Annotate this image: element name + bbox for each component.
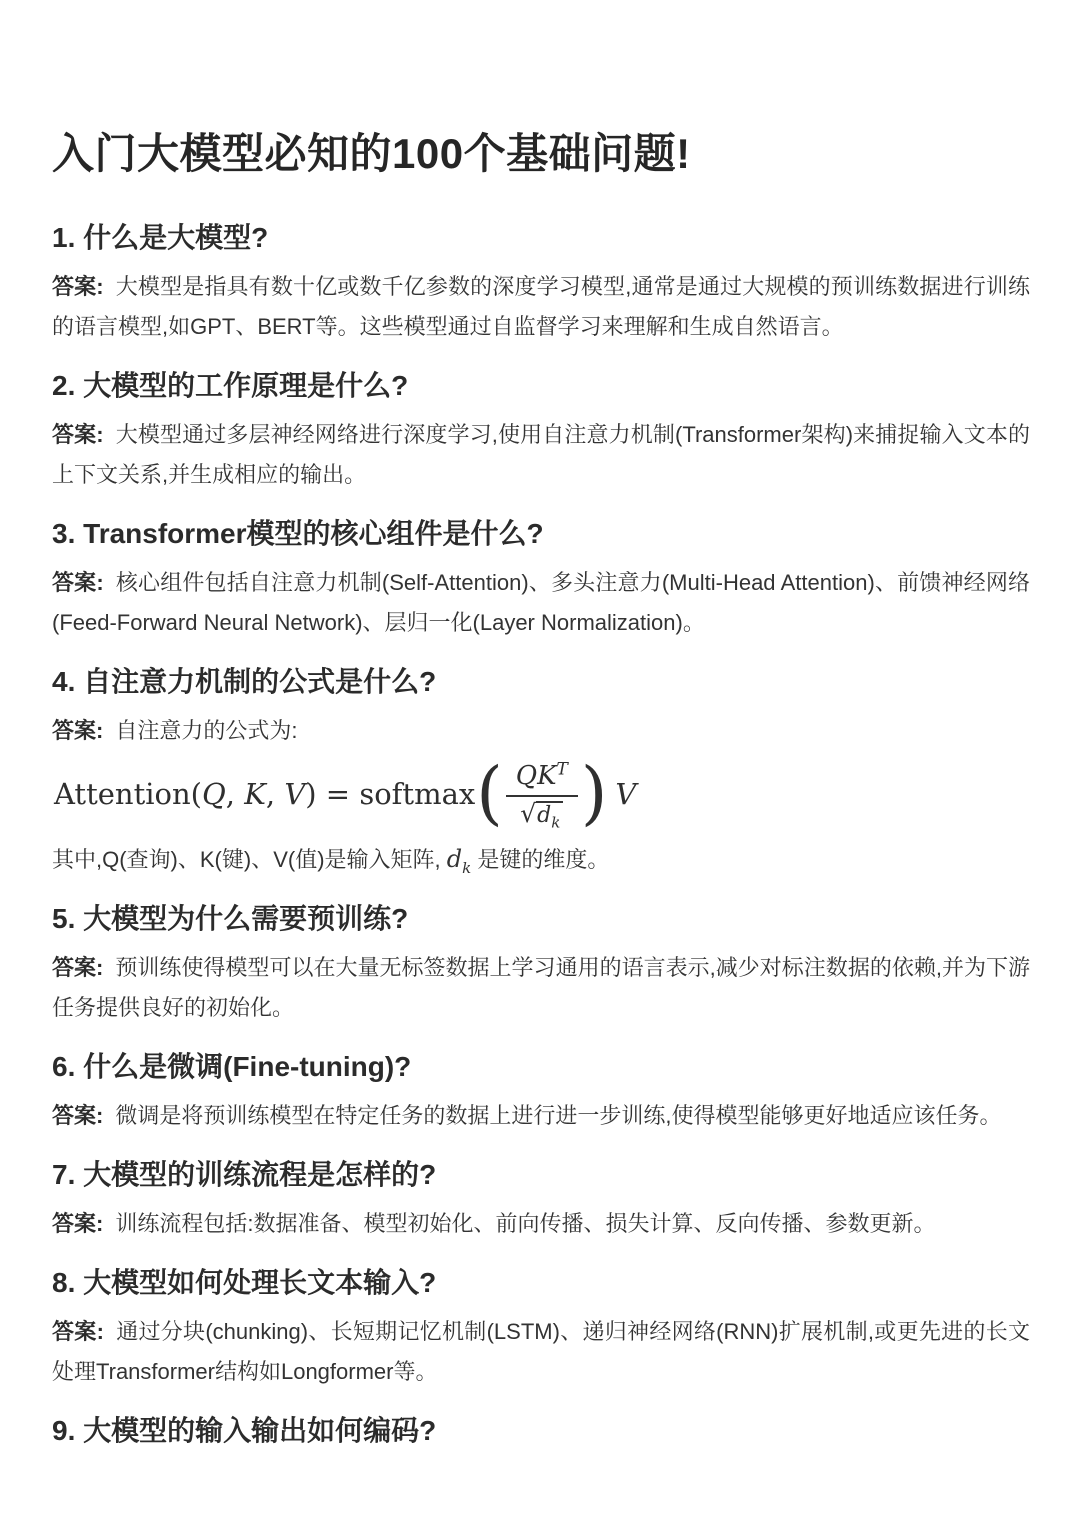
question-heading: 1. 什么是大模型?: [52, 221, 1030, 255]
answer-text: 微调是将预训练模型在特定任务的数据上进行进一步训练,使得模型能够更好地适应该任务…: [115, 1103, 1001, 1128]
answer-label: 答案:: [52, 1103, 103, 1128]
answer-paragraph: 答案:大模型通过多层神经网络进行深度学习,使用自注意力机制(Transforme…: [52, 415, 1030, 495]
formula-big-lparen: (: [476, 762, 503, 825]
formula-sep: ,: [226, 777, 244, 811]
formula-arg-k: K: [244, 777, 266, 811]
answer-text: 核心组件包括自注意力机制(Self-Attention)、多头注意力(Multi…: [52, 570, 1030, 635]
answer-paragraph: 答案:训练流程包括:数据准备、模型初始化、前向传播、损失计算、反向传播、参数更新…: [52, 1204, 1030, 1244]
note-suffix: 是键的维度。: [471, 847, 609, 872]
question-heading: 5. 大模型为什么需要预训练?: [52, 902, 1030, 936]
article-page: 入门大模型必知的100个基础问题! 1. 什么是大模型? 答案:大模型是指具有数…: [0, 0, 1080, 1527]
question-heading: 3. Transformer模型的核心组件是什么?: [52, 517, 1030, 551]
answer-label: 答案:: [52, 1319, 104, 1344]
attention-formula: Attention(Q, K, V) = softmax(QKT√dk)V: [54, 761, 1030, 827]
formula-function-name: Attention: [54, 777, 191, 811]
qa-item-1: 1. 什么是大模型? 答案:大模型是指具有数十亿或数千亿参数的深度学习模型,通常…: [52, 221, 1030, 347]
qa-item-5: 5. 大模型为什么需要预训练? 答案:预训练使得模型可以在大量无标签数据上学习通…: [52, 902, 1030, 1028]
formula-denominator: √dk: [520, 801, 563, 828]
dk-symbol: dk: [447, 845, 471, 873]
page-title: 入门大模型必知的100个基础问题!: [52, 129, 1030, 179]
sqrt-sign: √: [520, 801, 536, 826]
formula-rparen: ): [305, 777, 316, 811]
formula-lparen: (: [191, 777, 202, 811]
formula-result-v: V: [615, 777, 636, 811]
note-prefix: 其中,Q(查询)、K(键)、V(值)是输入矩阵,: [52, 847, 447, 872]
sqrt-body: dk: [536, 801, 563, 828]
qa-item-3: 3. Transformer模型的核心组件是什么? 答案:核心组件包括自注意力机…: [52, 517, 1030, 643]
answer-paragraph: 答案:核心组件包括自注意力机制(Self-Attention)、多头注意力(Mu…: [52, 563, 1030, 643]
answer-text: 自注意力的公式为:: [115, 718, 297, 743]
answer-paragraph: 答案:预训练使得模型可以在大量无标签数据上学习通用的语言表示,减少对标注数据的依…: [52, 948, 1030, 1028]
question-heading: 6. 什么是微调(Fine-tuning)?: [52, 1050, 1030, 1084]
question-heading: 7. 大模型的训练流程是怎样的?: [52, 1158, 1030, 1192]
formula-arg-v: V: [284, 777, 305, 811]
answer-text: 预训练使得模型可以在大量无标签数据上学习通用的语言表示,减少对标注数据的依赖,并…: [52, 955, 1030, 1020]
qa-item-6: 6. 什么是微调(Fine-tuning)? 答案:微调是将预训练模型在特定任务…: [52, 1050, 1030, 1136]
formula-note: 其中,Q(查询)、K(键)、V(值)是输入矩阵, dk 是键的维度。: [52, 839, 1030, 880]
formula-softmax: softmax: [359, 777, 475, 811]
answer-text: 训练流程包括:数据准备、模型初始化、前向传播、损失计算、反向传播、参数更新。: [115, 1211, 935, 1236]
formula-sep: ,: [266, 777, 284, 811]
qa-item-7: 7. 大模型的训练流程是怎样的? 答案:训练流程包括:数据准备、模型初始化、前向…: [52, 1158, 1030, 1244]
formula-arg-q: Q: [202, 777, 226, 811]
answer-label: 答案:: [52, 1211, 103, 1236]
qa-item-2: 2. 大模型的工作原理是什么? 答案:大模型通过多层神经网络进行深度学习,使用自…: [52, 369, 1030, 495]
answer-paragraph: 答案:微调是将预训练模型在特定任务的数据上进行进一步训练,使得模型能够更好地适应…: [52, 1096, 1030, 1136]
answer-label: 答案:: [52, 955, 103, 980]
question-heading: 2. 大模型的工作原理是什么?: [52, 369, 1030, 403]
formula-fraction: QKT√dk: [506, 761, 578, 828]
qa-item-9: 9. 大模型的输入输出如何编码?: [52, 1414, 1030, 1448]
formula-row: Attention(Q, K, V) = softmax(QKT√dk)V: [54, 761, 636, 828]
answer-text: 大模型通过多层神经网络进行深度学习,使用自注意力机制(Transformer架构…: [52, 422, 1030, 487]
qa-item-8: 8. 大模型如何处理长文本输入? 答案:通过分块(chunking)、长短期记忆…: [52, 1266, 1030, 1392]
answer-label: 答案:: [52, 718, 103, 743]
answer-paragraph: 答案:自注意力的公式为:: [52, 711, 1030, 751]
answer-paragraph: 答案:通过分块(chunking)、长短期记忆机制(LSTM)、递归神经网络(R…: [52, 1312, 1030, 1392]
question-heading: 8. 大模型如何处理长文本输入?: [52, 1266, 1030, 1300]
answer-text: 大模型是指具有数十亿或数千亿参数的深度学习模型,通常是通过大规模的预训练数据进行…: [52, 274, 1030, 339]
answer-label: 答案:: [52, 274, 104, 299]
question-heading: 9. 大模型的输入输出如何编码?: [52, 1414, 1030, 1448]
answer-text: 通过分块(chunking)、长短期记忆机制(LSTM)、递归神经网络(RNN)…: [52, 1319, 1030, 1384]
formula-equals: =: [317, 777, 360, 811]
answer-label: 答案:: [52, 422, 104, 447]
question-heading: 4. 自注意力机制的公式是什么?: [52, 665, 1030, 699]
formula-numerator: QKT: [506, 761, 578, 797]
answer-label: 答案:: [52, 570, 104, 595]
formula-big-rparen: ): [581, 762, 608, 825]
answer-paragraph: 答案:大模型是指具有数十亿或数千亿参数的深度学习模型,通常是通过大规模的预训练数…: [52, 267, 1030, 347]
qa-item-4: 4. 自注意力机制的公式是什么? 答案:自注意力的公式为: Attention(…: [52, 665, 1030, 880]
